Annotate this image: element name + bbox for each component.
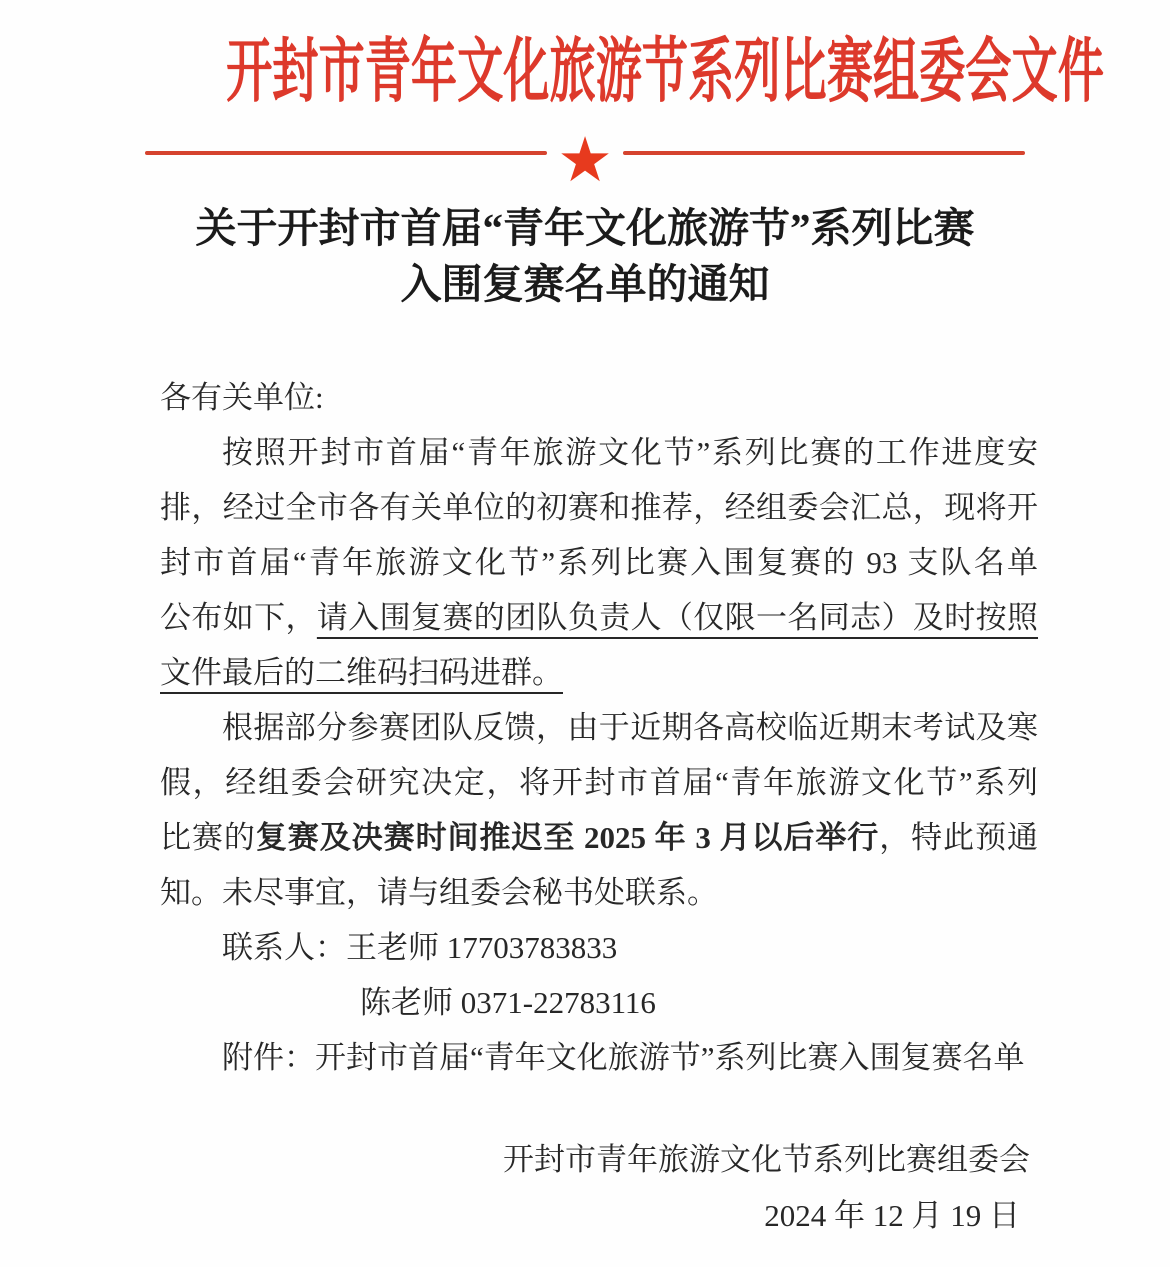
para1-line4-underlined: 请入围复赛的团队负责人（仅限一名同志）及时按照 <box>317 600 1038 635</box>
signature: 开封市青年旅游文化节系列比赛组委会 <box>160 1132 1038 1188</box>
para2-line3-tail: ，特此预通 <box>879 820 1038 855</box>
date: 2024 年 12 月 19 日 <box>160 1188 1038 1244</box>
letterhead-title: 开封市青年文化旅游节系列比赛组委会文件 <box>226 34 1104 112</box>
divider-rule-right <box>623 151 1025 155</box>
attachment-line: 附件：开封市首届“青年文化旅游节”系列比赛入围复赛名单 <box>160 1030 1038 1085</box>
para1-line4: 公布如下，请入围复赛的团队负责人（仅限一名同志）及时按照 <box>160 590 1038 645</box>
document-page: 开封市青年文化旅游节系列比赛组委会文件 ★ 关于开封市首届“青年文化旅游节”系列… <box>0 0 1170 1267</box>
document-title: 关于开封市首届“青年文化旅游节”系列比赛 入围复赛名单的通知 <box>0 200 1170 312</box>
letterhead-divider: ★ <box>145 148 1025 158</box>
para1-line2: 排，经过全市各有关单位的初赛和推荐，经组委会汇总，现将开 <box>160 480 1038 535</box>
para2-line2: 假，经组委会研究决定，将开封市首届“青年旅游文化节”系列 <box>160 755 1038 810</box>
document-footer: 开封市青年旅游文化节系列比赛组委会 2024 年 12 月 19 日 <box>160 1132 1038 1244</box>
para2-line3-bold: 复赛及决赛时间推迟至 2025 年 3 月以后举行 <box>256 820 879 855</box>
salutation: 各有关单位: <box>160 370 1038 425</box>
para1-line5: 文件最后的二维码扫码进群。 <box>160 645 1038 700</box>
document-body: 各有关单位: 按照开封市首届“青年旅游文化节”系列比赛的工作进度安 排，经过全市… <box>160 370 1038 1085</box>
document-title-line-2: 入围复赛名单的通知 <box>0 256 1170 312</box>
divider-rule-left <box>145 151 547 155</box>
contact-line-2: 陈老师 0371-22783116 <box>160 975 1038 1030</box>
para1-line1: 按照开封市首届“青年旅游文化节”系列比赛的工作进度安 <box>160 425 1038 480</box>
para1-line5-underlined: 文件最后的二维码扫码进群。 <box>160 655 563 690</box>
para1-line4-normal: 公布如下， <box>160 600 317 635</box>
contact-line-1: 联系人：王老师 17703783833 <box>160 920 1038 975</box>
para2-line3: 比赛的复赛及决赛时间推迟至 2025 年 3 月以后举行，特此预通 <box>160 810 1038 865</box>
para2-line3-normal: 比赛的 <box>160 820 256 855</box>
para2-line1: 根据部分参赛团队反馈，由于近期各高校临近期末考试及寒 <box>160 700 1038 755</box>
document-title-line-1: 关于开封市首届“青年文化旅游节”系列比赛 <box>0 200 1170 256</box>
letterhead: 开封市青年文化旅游节系列比赛组委会文件 <box>0 0 1170 112</box>
para2-line4: 知。未尽事宜，请与组委会秘书处联系。 <box>160 865 1038 920</box>
para1-line3: 封市首届“青年旅游文化节”系列比赛入围复赛的 93 支队名单 <box>160 535 1038 590</box>
